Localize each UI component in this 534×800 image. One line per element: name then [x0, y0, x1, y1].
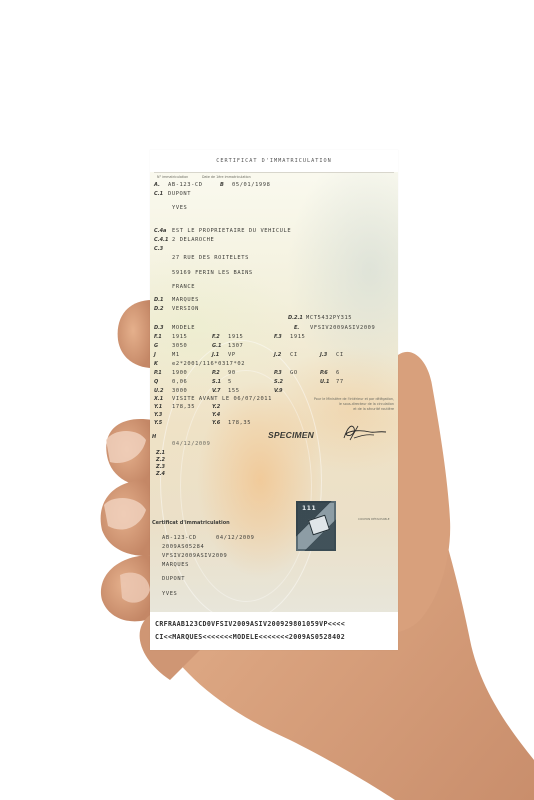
coupon-form-number: 2009AS05284 — [162, 544, 204, 550]
field-label-a: A. — [154, 182, 160, 188]
field-label-y6: Y.6 — [212, 420, 220, 426]
field-value-v7: 155 — [228, 388, 240, 394]
field-value-p1: 1900 — [172, 370, 187, 376]
address-line-1: 27 RUE DES ROITELETS — [172, 255, 249, 261]
first-registration-caption: Date de 1ère immatriculation — [202, 175, 251, 179]
field-label-u1: U.1 — [320, 379, 329, 385]
field-value-d3: MODELE — [172, 325, 195, 331]
coupon-registration: AB-123-CD — [162, 535, 197, 541]
coupon-vin: VFSIV2009ASIV2009 — [162, 553, 227, 559]
field-label-u2: U.2 — [154, 388, 163, 394]
field-label-y4: Y.4 — [212, 412, 220, 418]
field-value-j1: VP — [228, 352, 236, 358]
field-label-d21: D.2.1 — [288, 315, 303, 321]
coupon-name: DUPONT — [162, 576, 185, 582]
field-label-p6: P.6 — [320, 370, 328, 376]
field-label-z2: Z.2 — [156, 457, 165, 463]
authority-line-3: et de la sécurité routière — [298, 407, 394, 411]
field-label-g1: G.1 — [212, 343, 221, 349]
field-label-c3: C.3 — [154, 246, 163, 252]
field-label-v7: V.7 — [212, 388, 220, 394]
mrz-zone: CRFRAAB123CD0VFSIV2009ASIV200929801059VP… — [150, 612, 398, 650]
field-value-h: 04/12/2009 — [172, 441, 210, 447]
field-value-d2: VERSION — [172, 306, 199, 312]
document-title: CERTIFICAT D'IMMATRICULATION — [150, 158, 398, 164]
field-value-f3: 1915 — [290, 334, 305, 340]
field-value-f1: 1915 — [172, 334, 187, 340]
field-value-first-name: YVES — [172, 205, 187, 211]
field-label-j1: J.1 — [212, 352, 219, 358]
field-value-s1: 5 — [228, 379, 232, 385]
field-label-j: J — [154, 352, 156, 358]
field-label-f3: F.3 — [274, 334, 282, 340]
field-label-j2: J.2 — [274, 352, 281, 358]
field-label-g: G — [154, 343, 158, 349]
field-value-y1: 178,35 — [172, 404, 195, 410]
field-value-u2: 3000 — [172, 388, 187, 394]
field-value-y6: 178,35 — [228, 420, 251, 426]
field-value-u1: 77 — [336, 379, 344, 385]
registration-number-caption: N° immatriculation — [157, 175, 188, 179]
field-value-p3: GO — [290, 370, 298, 376]
coupon-first-name: YVES — [162, 591, 177, 597]
field-value-c41: 2 DELAROCHE — [172, 237, 214, 243]
field-value-a: AB-123-CD — [168, 182, 203, 188]
field-label-h: H — [152, 434, 156, 440]
field-label-b: B — [220, 182, 224, 188]
field-label-p2: P.2 — [212, 370, 220, 376]
field-label-j3: J.3 — [320, 352, 327, 358]
address-line-3: FRANCE — [172, 284, 195, 290]
field-value-b: 05/01/1998 — [232, 182, 270, 188]
field-value-j3: CI — [336, 352, 344, 358]
field-value-j2: CI — [290, 352, 298, 358]
field-label-f1: F.1 — [154, 334, 162, 340]
coupon-brand: MARQUES — [162, 562, 189, 568]
field-label-d3: D.3 — [154, 325, 164, 331]
field-label-x1: X.1 — [154, 396, 163, 402]
field-value-d21: MCT5432PY315 — [306, 315, 352, 321]
field-label-y3: Y.3 — [154, 412, 162, 418]
field-label-y5: Y.5 — [154, 420, 162, 426]
coupon-side-note: COUPON DÉTACHABLE — [358, 517, 390, 521]
mrz-line-1: CRFRAAB123CD0VFSIV2009ASIV200929801059VP… — [155, 620, 395, 628]
field-label-z3: Z.3 — [156, 464, 165, 470]
field-value-p6: 6 — [336, 370, 340, 376]
address-line-2: 59169 FERIN LES BAINS — [172, 270, 253, 276]
field-label-p1: P.1 — [154, 370, 162, 376]
registration-certificate: CERTIFICAT D'IMMATRICULATION N° immatric… — [150, 150, 398, 650]
coupon-title: Certificat d'immatriculation — [152, 520, 230, 526]
mrz-line-2: CI<<MARQUES<<<<<<<MODELE<<<<<<<2009AS052… — [155, 633, 395, 641]
specimen-mark: SPECIMEN — [268, 430, 314, 440]
field-label-e: E. — [294, 325, 299, 331]
field-label-d1: D.1 — [154, 297, 164, 303]
field-label-y1: Y.1 — [154, 404, 162, 410]
field-label-c41: C.4.1 — [154, 237, 168, 243]
field-value-d1: MARQUES — [172, 297, 199, 303]
field-label-s1: S.1 — [212, 379, 221, 385]
field-label-c4a: C.4a — [154, 228, 166, 234]
field-value-g1: 1307 — [228, 343, 243, 349]
field-label-p3: P.3 — [274, 370, 282, 376]
field-label-k: K — [154, 361, 158, 367]
authority-line-1: Pour le Ministère de l'intérieur et par … — [298, 397, 394, 401]
field-value-q: 0,06 — [172, 379, 187, 385]
field-value-e: VFSIV2009ASIV2009 — [310, 325, 375, 331]
authority-line-2: le sous-directeur de la circulation — [298, 402, 394, 406]
field-value-j: M1 — [172, 352, 180, 358]
field-label-c1: C.1 — [154, 191, 163, 197]
field-value-x1: VISITE AVANT LE 06/07/2011 — [172, 396, 272, 402]
watermark — [180, 370, 312, 602]
field-value-c4a: EST LE PROPRIETAIRE DU VEHICULE — [172, 228, 291, 234]
signature — [340, 420, 390, 444]
coupon-date: 04/12/2009 — [216, 535, 254, 541]
field-label-z1: Z.1 — [156, 450, 165, 456]
field-label-s2: S.2 — [274, 379, 283, 385]
divider — [154, 172, 394, 173]
field-value-c1: DUPONT — [168, 191, 191, 197]
field-value-k: e2*2001/116*0317*02 — [172, 361, 245, 367]
field-label-z4: Z.4 — [156, 471, 165, 477]
field-value-g: 3050 — [172, 343, 187, 349]
field-label-y2: Y.2 — [212, 404, 220, 410]
stamp-digits: 111 — [302, 505, 316, 512]
field-label-d2: D.2 — [154, 306, 164, 312]
field-label-v9: V.9 — [274, 388, 282, 394]
field-label-q: Q — [154, 379, 158, 385]
security-stamp: 111 — [296, 501, 336, 551]
field-value-f2: 1915 — [228, 334, 243, 340]
field-label-f2: F.2 — [212, 334, 220, 340]
field-value-p2: 90 — [228, 370, 236, 376]
